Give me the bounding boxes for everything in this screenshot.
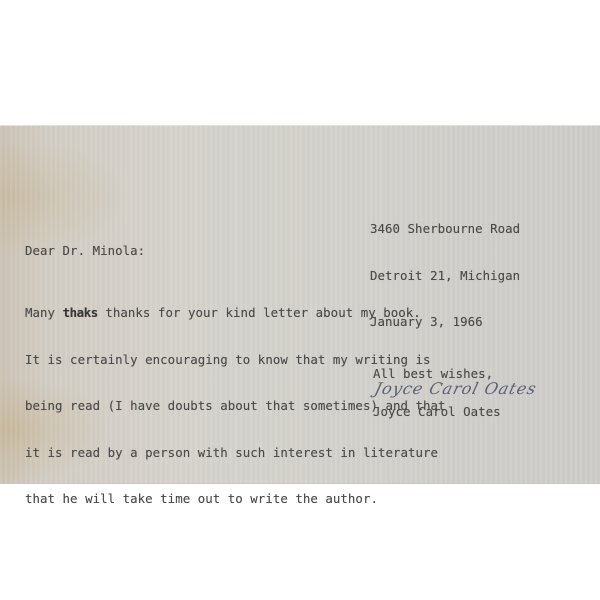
address-street: 3460 Sherbourne Road bbox=[370, 221, 520, 237]
salutation: Dear Dr. Minola: bbox=[25, 243, 145, 258]
body-line-1: Many thaks thanks for your kind letter a… bbox=[25, 305, 446, 321]
overstruck-typo: thaks bbox=[63, 305, 98, 320]
body-line-1-rest: thanks for your kind letter about my boo… bbox=[98, 305, 421, 320]
typed-name: Joyce Carol Oates bbox=[373, 404, 501, 419]
body-line-1-start: Many bbox=[25, 305, 63, 320]
handwritten-signature: Joyce Carol Oates bbox=[373, 379, 539, 398]
body-line-5: that he will take time out to write the … bbox=[25, 491, 446, 507]
letter-body: Many thaks thanks for your kind letter a… bbox=[25, 274, 446, 522]
body-line-2: It is certainly encouraging to know that… bbox=[25, 352, 446, 368]
body-line-4: it is read by a person with such interes… bbox=[25, 445, 446, 461]
